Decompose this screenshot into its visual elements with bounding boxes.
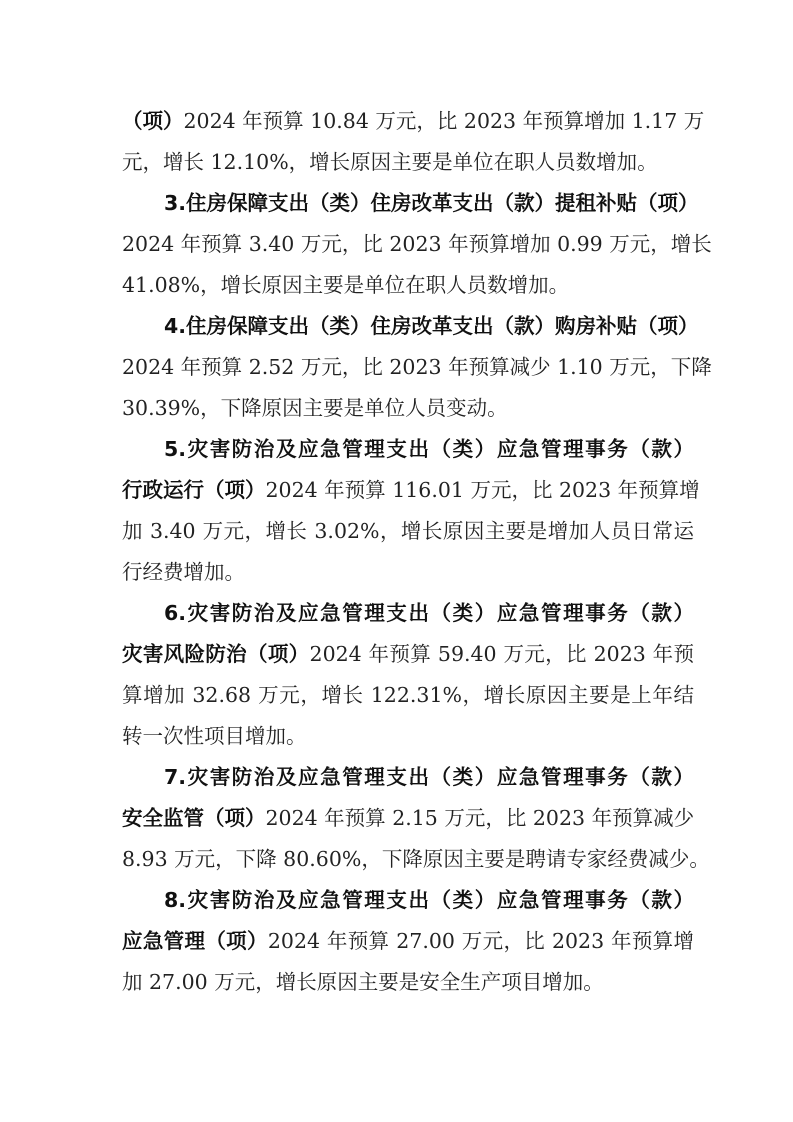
body-text: 2024 年预算 2.52 万元，比 2023 年预算减少 1.10 万元，下降 <box>122 355 712 379</box>
paragraph-line: 应急管理（项）2024 年预算 27.00 万元，比 2023 年预算增 <box>122 926 694 956</box>
bold-heading: 8.灾害防治及应急管理支出（类）应急管理事务（款） <box>164 888 694 912</box>
bold-heading: 灾害风险防治（项） <box>122 642 310 666</box>
item-4-heading: 4.住房保障支出（类）住房改革支出（款）购房补贴（项） <box>164 311 694 341</box>
bold-heading: 行政运行（项） <box>122 478 266 502</box>
paragraph-line: 灾害风险防治（项）2024 年预算 59.40 万元，比 2023 年预 <box>122 639 694 669</box>
body-text: 加 3.40 万元，增长 3.02%，增长原因主要是增加人员日常运 <box>122 519 694 543</box>
body-text: 转一次性项目增加。 <box>122 724 307 748</box>
item-7-heading: 7.灾害防治及应急管理支出（类）应急管理事务（款） <box>164 762 694 792</box>
bold-heading: 6.灾害防治及应急管理支出（类）应急管理事务（款） <box>164 601 694 625</box>
body-text: 2024 年预算 27.00 万元，比 2023 年预算增 <box>268 929 694 953</box>
item-8-heading: 8.灾害防治及应急管理支出（类）应急管理事务（款） <box>164 885 694 915</box>
paragraph-line: 转一次性项目增加。 <box>122 721 694 751</box>
document-page: （项）2024 年预算 10.84 万元，比 2023 年预算增加 1.17 万… <box>0 0 793 1122</box>
bold-heading: 4.住房保障支出（类）住房改革支出（款）购房补贴（项） <box>164 314 699 338</box>
body-text: 30.39%，下降原因主要是单位人员变动。 <box>122 396 508 420</box>
body-text: 行经费增加。 <box>122 560 245 584</box>
paragraph-line: 行经费增加。 <box>122 557 694 587</box>
body-text: 加 27.00 万元，增长原因主要是安全生产项目增加。 <box>122 970 604 994</box>
body-text: 2024 年预算 3.40 万元，比 2023 年预算增加 0.99 万元，增长 <box>122 232 712 256</box>
paragraph-line: 元，增长 12.10%，增长原因主要是单位在职人员数增加。 <box>122 147 694 177</box>
item-5-heading: 5.灾害防治及应急管理支出（类）应急管理事务（款） <box>164 434 694 464</box>
paragraph-line: 加 27.00 万元，增长原因主要是安全生产项目增加。 <box>122 967 694 997</box>
paragraph-line: 41.08%，增长原因主要是单位在职人员数增加。 <box>122 270 694 300</box>
item-6-heading: 6.灾害防治及应急管理支出（类）应急管理事务（款） <box>164 598 694 628</box>
bold-heading: 7.灾害防治及应急管理支出（类）应急管理事务（款） <box>164 765 694 789</box>
body-text: 2024 年预算 59.40 万元，比 2023 年预 <box>310 642 694 666</box>
paragraph-line: （项）2024 年预算 10.84 万元，比 2023 年预算增加 1.17 万 <box>122 106 694 136</box>
paragraph-line: 行政运行（项）2024 年预算 116.01 万元，比 2023 年预算增 <box>122 475 694 505</box>
paragraph-line: 2024 年预算 2.52 万元，比 2023 年预算减少 1.10 万元，下降 <box>122 352 694 382</box>
paragraph-line: 30.39%，下降原因主要是单位人员变动。 <box>122 393 694 423</box>
paragraph-line: 2024 年预算 3.40 万元，比 2023 年预算增加 0.99 万元，增长 <box>122 229 694 259</box>
paragraph-line: 算增加 32.68 万元，增长 122.31%，增长原因主要是上年结 <box>122 680 694 710</box>
bold-heading: 5.灾害防治及应急管理支出（类）应急管理事务（款） <box>164 437 694 461</box>
bold-heading: （项） <box>122 109 184 133</box>
body-text: 2024 年预算 116.01 万元，比 2023 年预算增 <box>266 478 700 502</box>
item-3-heading: 3.住房保障支出（类）住房改革支出（款）提租补贴（项） <box>164 188 694 218</box>
paragraph-line: 安全监管（项）2024 年预算 2.15 万元，比 2023 年预算减少 <box>122 803 694 833</box>
bold-heading: 应急管理（项） <box>122 929 268 953</box>
paragraph-line: 加 3.40 万元，增长 3.02%，增长原因主要是增加人员日常运 <box>122 516 694 546</box>
bold-heading: 安全监管（项） <box>122 806 266 830</box>
body-text: 8.93 万元，下降 80.60%，下降原因主要是聘请专家经费减少。 <box>122 847 710 871</box>
body-text: 算增加 32.68 万元，增长 122.31%，增长原因主要是上年结 <box>122 683 694 707</box>
body-text: 2024 年预算 2.15 万元，比 2023 年预算减少 <box>266 806 695 830</box>
bold-heading: 3.住房保障支出（类）住房改革支出（款）提租补贴（项） <box>164 191 699 215</box>
body-text: 元，增长 12.10%，增长原因主要是单位在职人员数增加。 <box>122 150 658 174</box>
paragraph-line: 8.93 万元，下降 80.60%，下降原因主要是聘请专家经费减少。 <box>122 844 694 874</box>
body-text: 41.08%，增长原因主要是单位在职人员数增加。 <box>122 273 569 297</box>
body-text: 2024 年预算 10.84 万元，比 2023 年预算增加 1.17 万 <box>184 109 705 133</box>
